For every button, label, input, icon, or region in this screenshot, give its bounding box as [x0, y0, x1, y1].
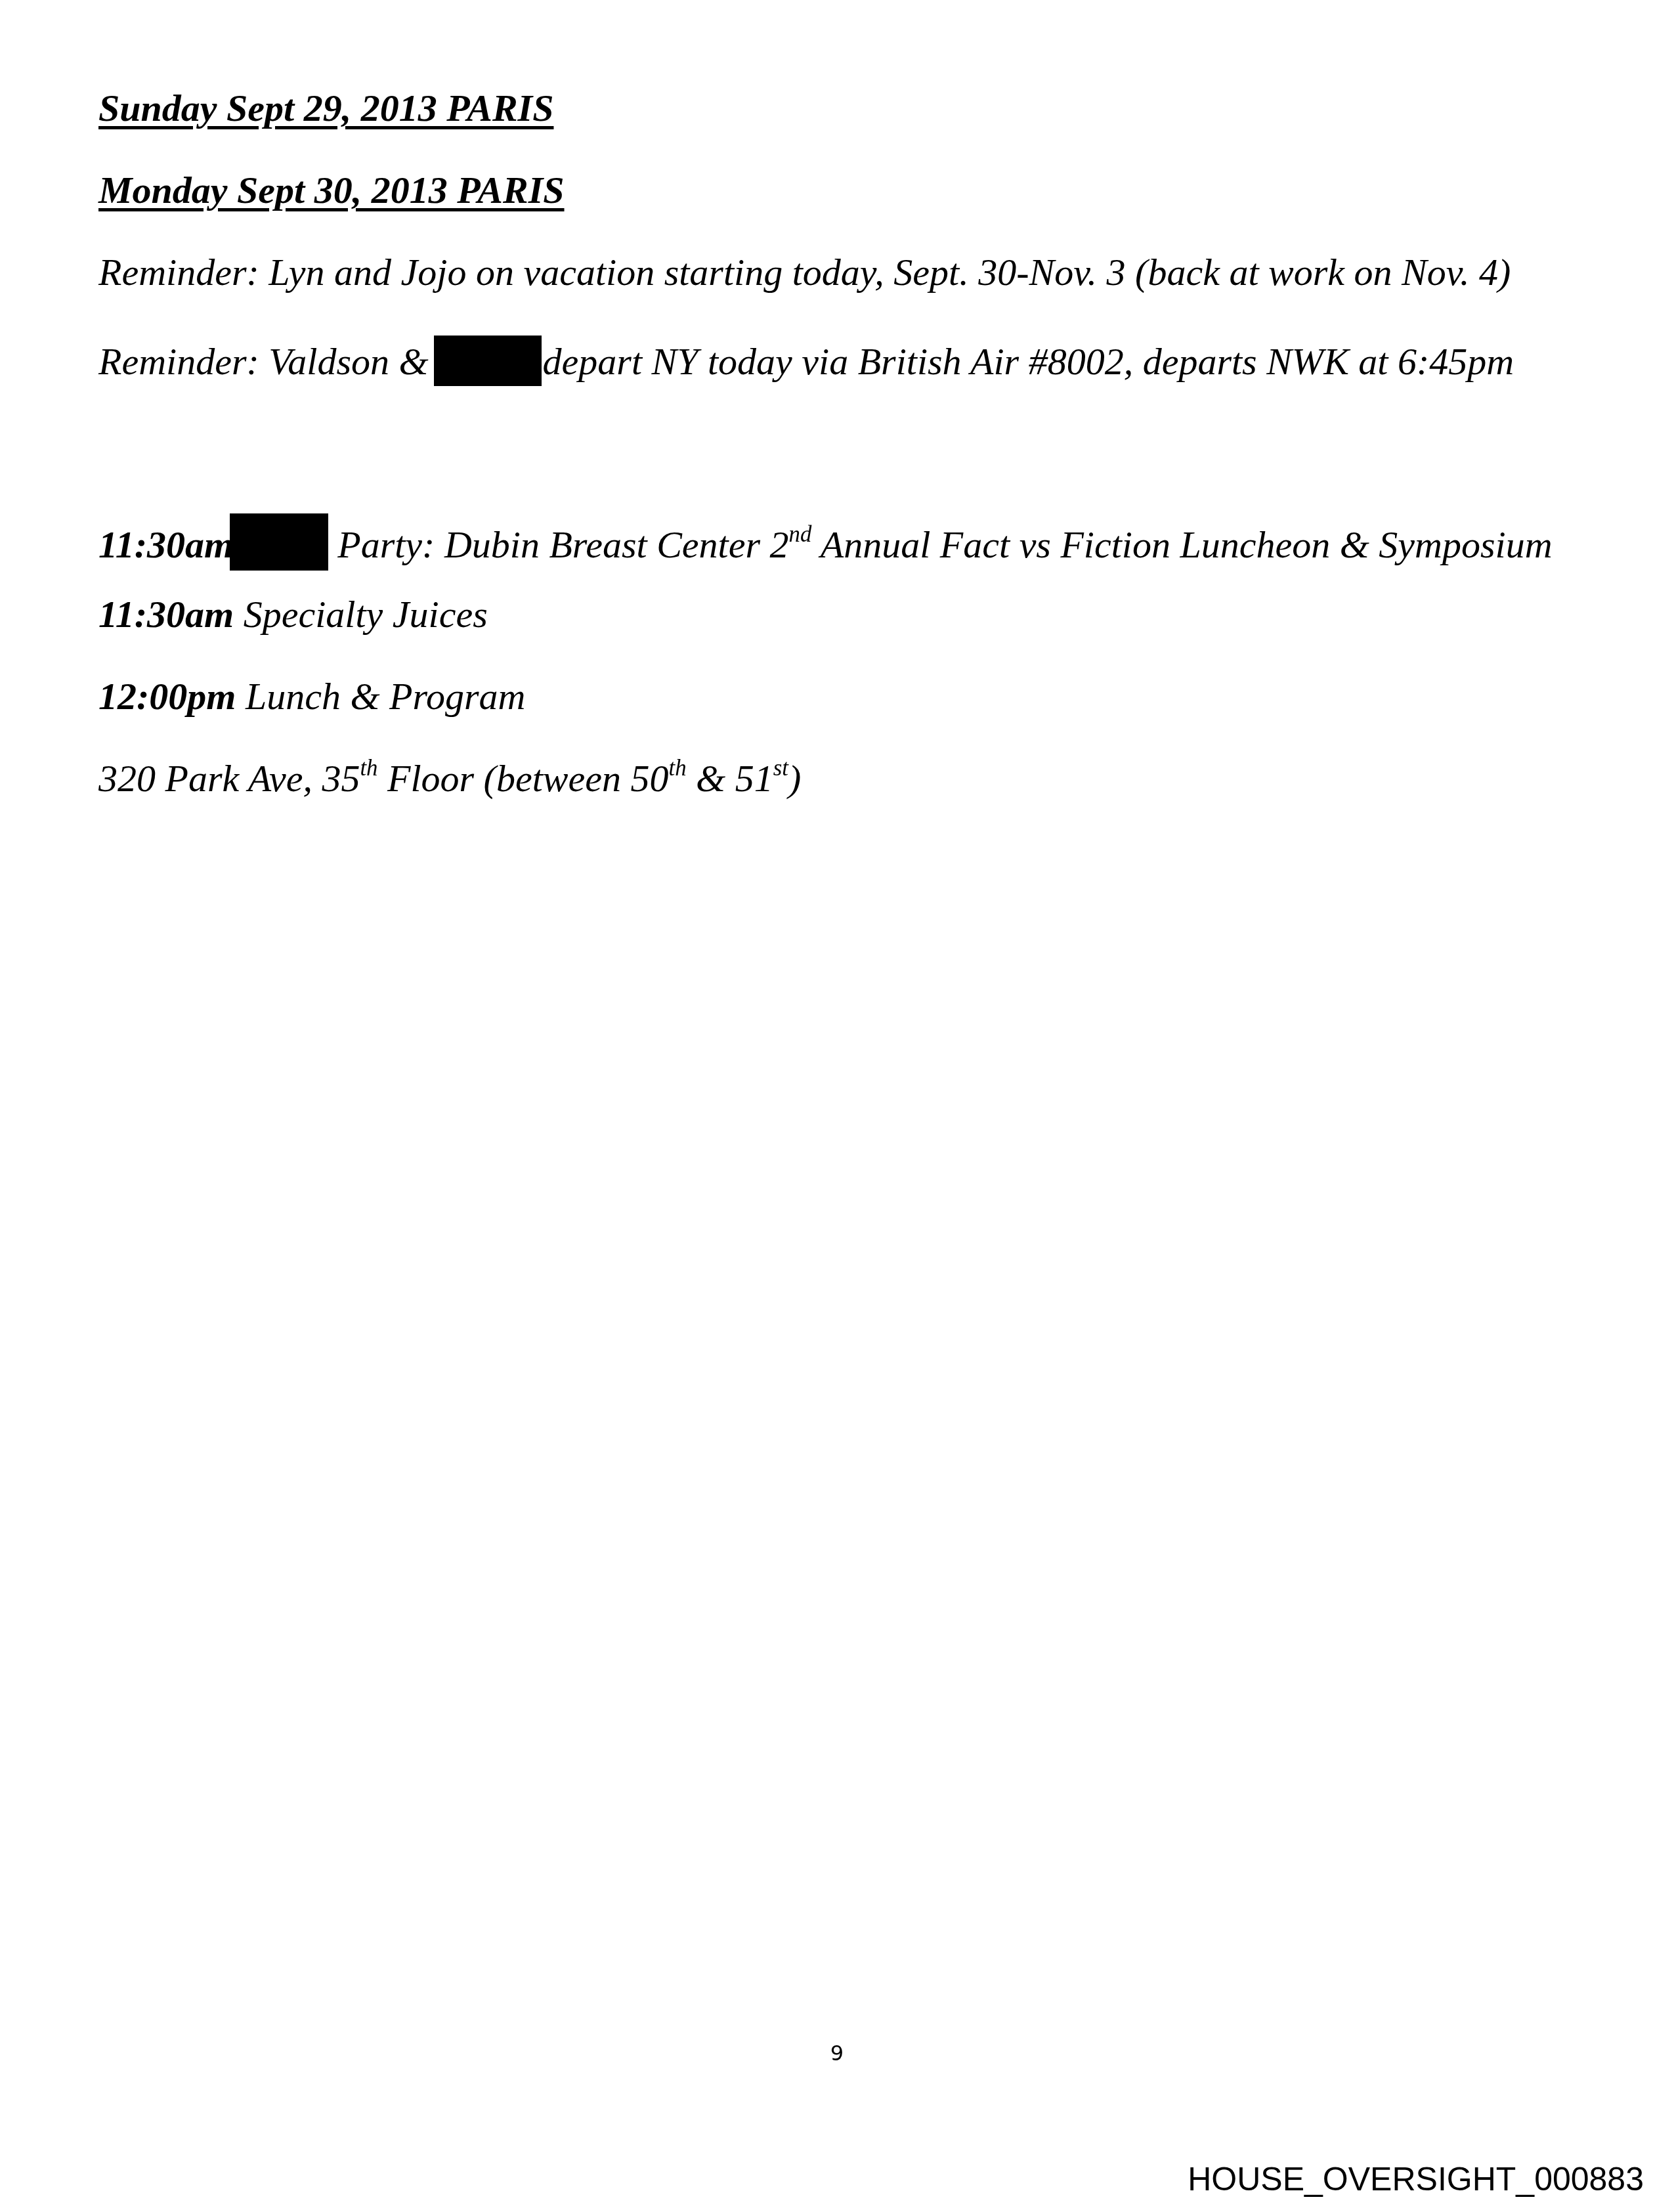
reminder-vacation: Reminder: Lyn and Jojo on vacation start… [98, 253, 1511, 292]
redaction-box [434, 336, 542, 386]
event-party: 11:30amParty: Dubin Breast Center 2nd An… [98, 513, 1553, 571]
event-time: 12:00pm [98, 675, 236, 718]
event-address: 320 Park Ave, 35th Floor (between 50th &… [98, 760, 801, 798]
reminder-flight-prefix: Reminder: Valdson & [98, 340, 429, 383]
reminder-flight-suffix: depart NY today via British Air #8002, d… [543, 340, 1514, 383]
event-text: Lunch & Program [236, 675, 525, 718]
event-juices: 11:30am Specialty Juices [98, 596, 488, 634]
reminder-flight: Reminder: Valdson &depart NY today via B… [98, 336, 1514, 386]
redaction-box [230, 513, 328, 571]
address-part: ) [788, 757, 801, 800]
ordinal-suffix: th [668, 755, 686, 781]
address-part: 320 Park Ave, 35 [98, 757, 360, 800]
event-text-rest: Annual Fact vs Fiction Luncheon & Sympos… [811, 523, 1552, 566]
bates-number: HOUSE_OVERSIGHT_000883 [1188, 2160, 1644, 2198]
day-heading-monday: Monday Sept 30, 2013 PARIS [98, 171, 565, 209]
ordinal-suffix: st [773, 755, 788, 781]
event-time: 11:30am [98, 593, 234, 636]
page-number: 9 [0, 2041, 1674, 2066]
day-heading-sunday: Sunday Sept 29, 2013 PARIS [98, 89, 553, 127]
event-text: Party: Dubin Breast Center 2 [337, 523, 788, 566]
ordinal-suffix: th [360, 755, 377, 781]
ordinal-suffix: nd [789, 521, 812, 547]
event-lunch: 12:00pm Lunch & Program [98, 678, 525, 716]
address-part: & 51 [687, 757, 773, 800]
event-time: 11:30am [98, 523, 234, 566]
event-text: Specialty Juices [234, 593, 488, 636]
address-part: Floor (between 50 [378, 757, 669, 800]
